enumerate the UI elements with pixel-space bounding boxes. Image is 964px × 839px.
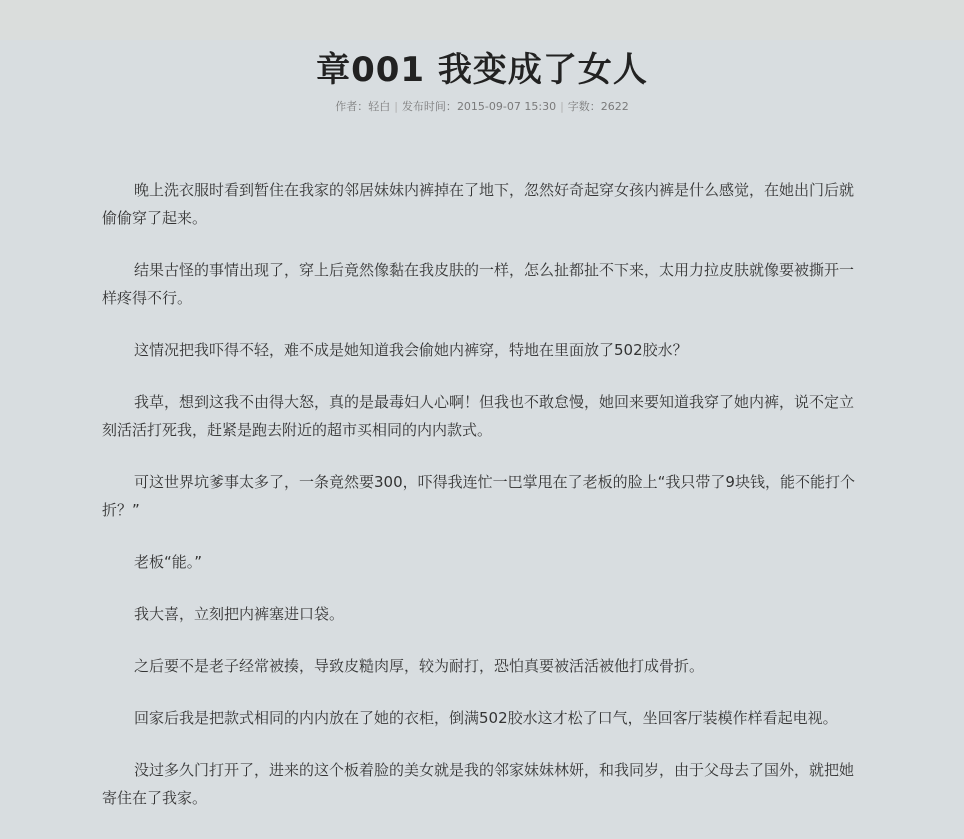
- paragraph: 晚上洗衣服时看到暂住在我家的邻居妹妹内裤掉在了地下，忽然好奇起穿女孩内裤是什么感…: [102, 176, 862, 232]
- paragraph: 我大喜，立刻把内裤塞进口袋。: [102, 600, 862, 628]
- publish-time: 2015-09-07 15:30: [457, 100, 556, 113]
- wordcount-label: 字数：: [568, 100, 601, 113]
- chapter-title: 章001 我变成了女人: [102, 47, 862, 93]
- chapter-meta: 作者：轻白|发布时间：2015-09-07 15:30|字数：2622: [102, 99, 862, 115]
- author-label: 作者：: [335, 100, 368, 113]
- paragraph: 结果古怪的事情出现了，穿上后竟然像黏在我皮肤的一样，怎么扯都扯不下来，太用力拉皮…: [102, 256, 862, 312]
- paragraph: 老板“能。”: [102, 548, 862, 576]
- publish-time-label: 发布时间：: [402, 100, 457, 113]
- wordcount: 2622: [601, 100, 629, 113]
- paragraph: 回家后我是把款式相同的内内放在了她的衣柜，倒满502胶水这才松了口气，坐回客厅装…: [102, 704, 862, 732]
- top-band: [0, 0, 964, 40]
- author-name[interactable]: 轻白: [368, 100, 390, 113]
- paragraph: 我草，想到这我不由得大怒，真的是最毒妇人心啊！但我也不敢怠慢，她回来要知道我穿了…: [102, 388, 862, 444]
- paragraph: 之后要不是老子经常被揍，导致皮糙肉厚，较为耐打，恐怕真要被活活被他打成骨折。: [102, 652, 862, 680]
- paragraph: 没过多久门打开了，进来的这个板着脸的美女就是我的邻家妹妹林妍，和我同岁，由于父母…: [102, 756, 862, 812]
- chapter-content: 晚上洗衣服时看到暂住在我家的邻居妹妹内裤掉在了地下，忽然好奇起穿女孩内裤是什么感…: [102, 176, 862, 836]
- meta-separator: |: [394, 100, 398, 113]
- paragraph: 这情况把我吓得不轻，难不成是她知道我会偷她内裤穿，特地在里面放了502胶水？: [102, 336, 862, 364]
- meta-separator: |: [560, 100, 564, 113]
- paragraph: 可这世界坑爹事太多了，一条竟然要300，吓得我连忙一巴掌甩在了老板的脸上“我只带…: [102, 468, 862, 524]
